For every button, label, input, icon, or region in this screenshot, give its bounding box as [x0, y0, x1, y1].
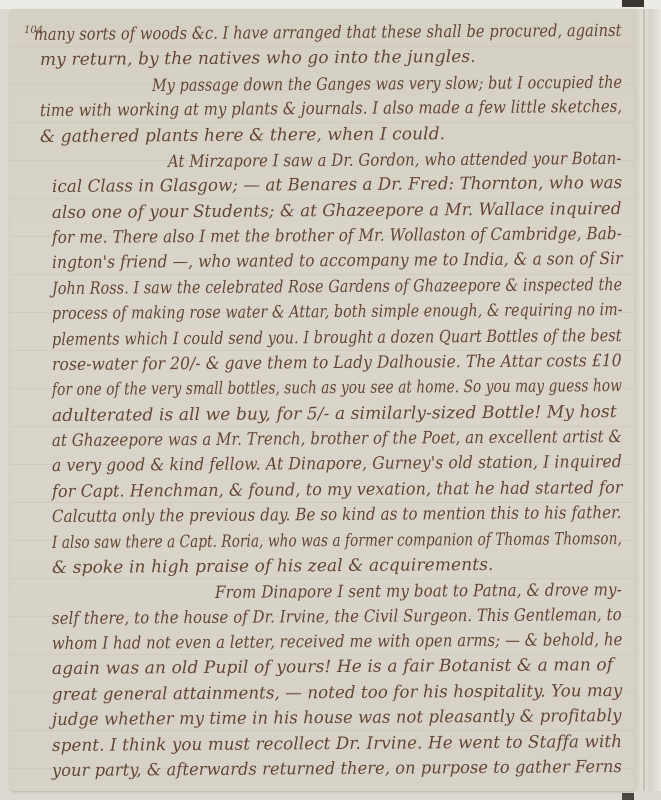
text-line: self there, to the house of Dr. Irvine, …: [52, 605, 622, 629]
text-line: at Ghazeepore was a Mr. Trench, brother …: [52, 427, 622, 451]
text-line: From Dinapore I sent my boat to Patna, &…: [215, 580, 622, 603]
text-line: Calcutta only the previous day. Be so ki…: [52, 503, 622, 527]
gutter-fold: [643, 9, 645, 791]
top-margin: [0, 0, 661, 9]
text-line: John Ross. I saw the celebrated Rose Gar…: [52, 275, 622, 299]
text-line: for me. There also I met the brother of …: [52, 224, 622, 248]
text-line: again was an old Pupil of yours! He is a…: [52, 655, 613, 679]
page-gutter: [634, 9, 661, 791]
text-line: I also saw there a Capt. Roria, who was …: [52, 529, 622, 553]
text-line: great general attainments, — noted too f…: [52, 681, 622, 705]
manuscript-viewer: 104 many sorts of woods &c. I have arran…: [0, 0, 661, 800]
text-line: My passage down the Ganges was very slow…: [152, 73, 622, 96]
text-line: whom I had not even a letter, received m…: [52, 630, 623, 654]
text-line: my return, by the natives who go into th…: [40, 47, 476, 70]
text-line: ington's friend —, who wanted to accompa…: [52, 249, 623, 273]
manuscript-page: 104 many sorts of woods &c. I have arran…: [10, 9, 634, 791]
text-line: also one of your Students; & at Ghazeepo…: [52, 199, 622, 223]
text-line: adulterated is all we buy, for 5/- a sim…: [52, 402, 617, 426]
binding-clip-top: [622, 0, 644, 7]
handwritten-text: many sorts of woods &c. I have arranged …: [10, 9, 634, 791]
text-line: ical Class in Glasgow; — at Benares a Dr…: [52, 173, 622, 197]
text-line: At Mirzapore I saw a Dr. Gordon, who att…: [168, 149, 622, 172]
text-line: time with working at my plants & journal…: [40, 97, 622, 121]
text-line: many sorts of woods &c. I have arranged …: [34, 21, 622, 45]
text-line: for Capt. Henchman, & found, to my vexat…: [52, 478, 623, 502]
text-line: for one of the very small bottles, such …: [52, 376, 622, 400]
text-line: & gathered plants here & there, when I c…: [40, 124, 445, 147]
text-line: process of making rose water & Attar, bo…: [52, 300, 623, 324]
text-line: a very good & kind fellow. At Dinapore, …: [52, 452, 622, 476]
text-line: spent. I think you must recollect Dr. Ir…: [52, 732, 622, 756]
text-line: rose-water for 20/- & gave them to Lady …: [52, 351, 622, 375]
text-line: your party, & afterwards returned there,…: [52, 757, 622, 781]
binding-clip-bottom: [622, 793, 634, 800]
text-line: & spoke in high praise of his zeal & acq…: [52, 555, 494, 578]
text-line: judge whether my time in his house was n…: [52, 706, 622, 730]
text-line: plements which I could send you. I broug…: [52, 326, 622, 350]
